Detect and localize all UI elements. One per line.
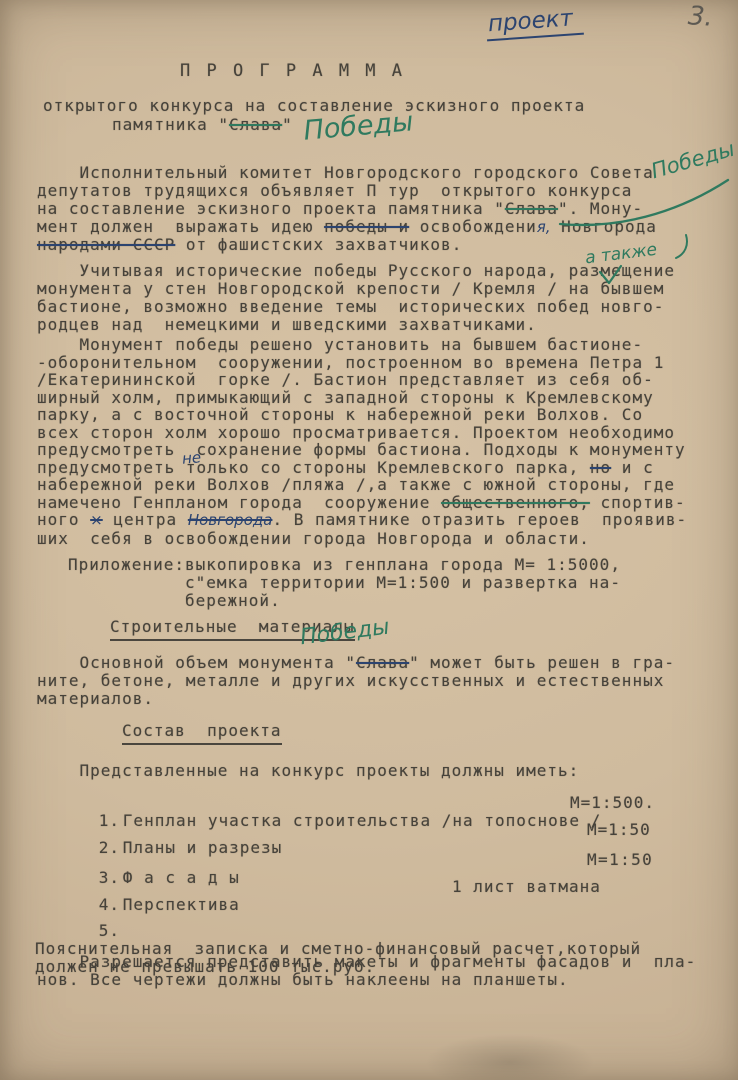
paragraph-2: Учитывая исторические победы Русского на… (37, 262, 717, 334)
handwritten-edit: я, (537, 218, 551, 236)
struck-text: Слава (356, 653, 409, 672)
struck-text: победы и (324, 217, 409, 236)
list-item-number: 5. (99, 922, 123, 940)
paragraph-7: Разрешается представить макеты и фрагмен… (37, 953, 727, 989)
typed-text: " (282, 115, 303, 134)
page-title: П Р О Г Р А М М А (180, 62, 405, 80)
list-item-scale: 1 лист ватмана (452, 878, 601, 896)
paragraph-6: Представленные на конкурс проекты должны… (37, 762, 579, 780)
typed-text: памятника " (112, 115, 229, 134)
paragraph-1: Исполнительный комитет Новгородского гор… (37, 164, 717, 254)
appendix-text: выкопировка из генплана города М= 1:5000… (185, 556, 685, 610)
appendix-label: Приложение: (68, 556, 185, 574)
paragraph-3: Монумент победы решено установить на быв… (37, 336, 727, 547)
typed-text: от фашистских захватчиков. (175, 235, 462, 254)
scanned-document-page: проект 3. П Р О Г Р А М М А открытого ко… (0, 0, 738, 1080)
struck-text: но (590, 458, 611, 477)
handwritten-ne-insert: не (181, 448, 202, 468)
typed-text: центра (103, 510, 188, 529)
paragraph-5: Основной объем монумента "Слава" может б… (37, 654, 717, 708)
handwritten-edit: Победы (303, 113, 414, 141)
struck-text: общественного, (441, 493, 590, 512)
subtitle-line-2: памятника "Слава" Победы (112, 113, 413, 134)
typed-text: Основной объем монумента " (37, 653, 356, 672)
list-item-scale: М=1:50 (587, 821, 651, 839)
handwritten-edit: × (90, 511, 103, 529)
handwritten-edit: Новгорода (188, 511, 273, 529)
heading-composition-wrap: Состав проекта (122, 722, 282, 745)
handwritten-project-note: проект (485, 5, 584, 42)
typed-text: Новгорода (551, 217, 657, 236)
struck-text: народами СССР (37, 235, 175, 254)
struck-text: Слава (505, 199, 558, 218)
heading-composition: Состав проекта (122, 722, 282, 745)
struck-text: Слава (229, 115, 282, 134)
list-item-scale: М=1:50 (587, 851, 653, 869)
typed-text: освобождени (409, 217, 537, 236)
page-number: 3. (687, 1, 714, 33)
typed-text: Монумент победы решено установить на быв… (37, 335, 686, 477)
list-item-scale: М=1:500. (570, 794, 655, 812)
